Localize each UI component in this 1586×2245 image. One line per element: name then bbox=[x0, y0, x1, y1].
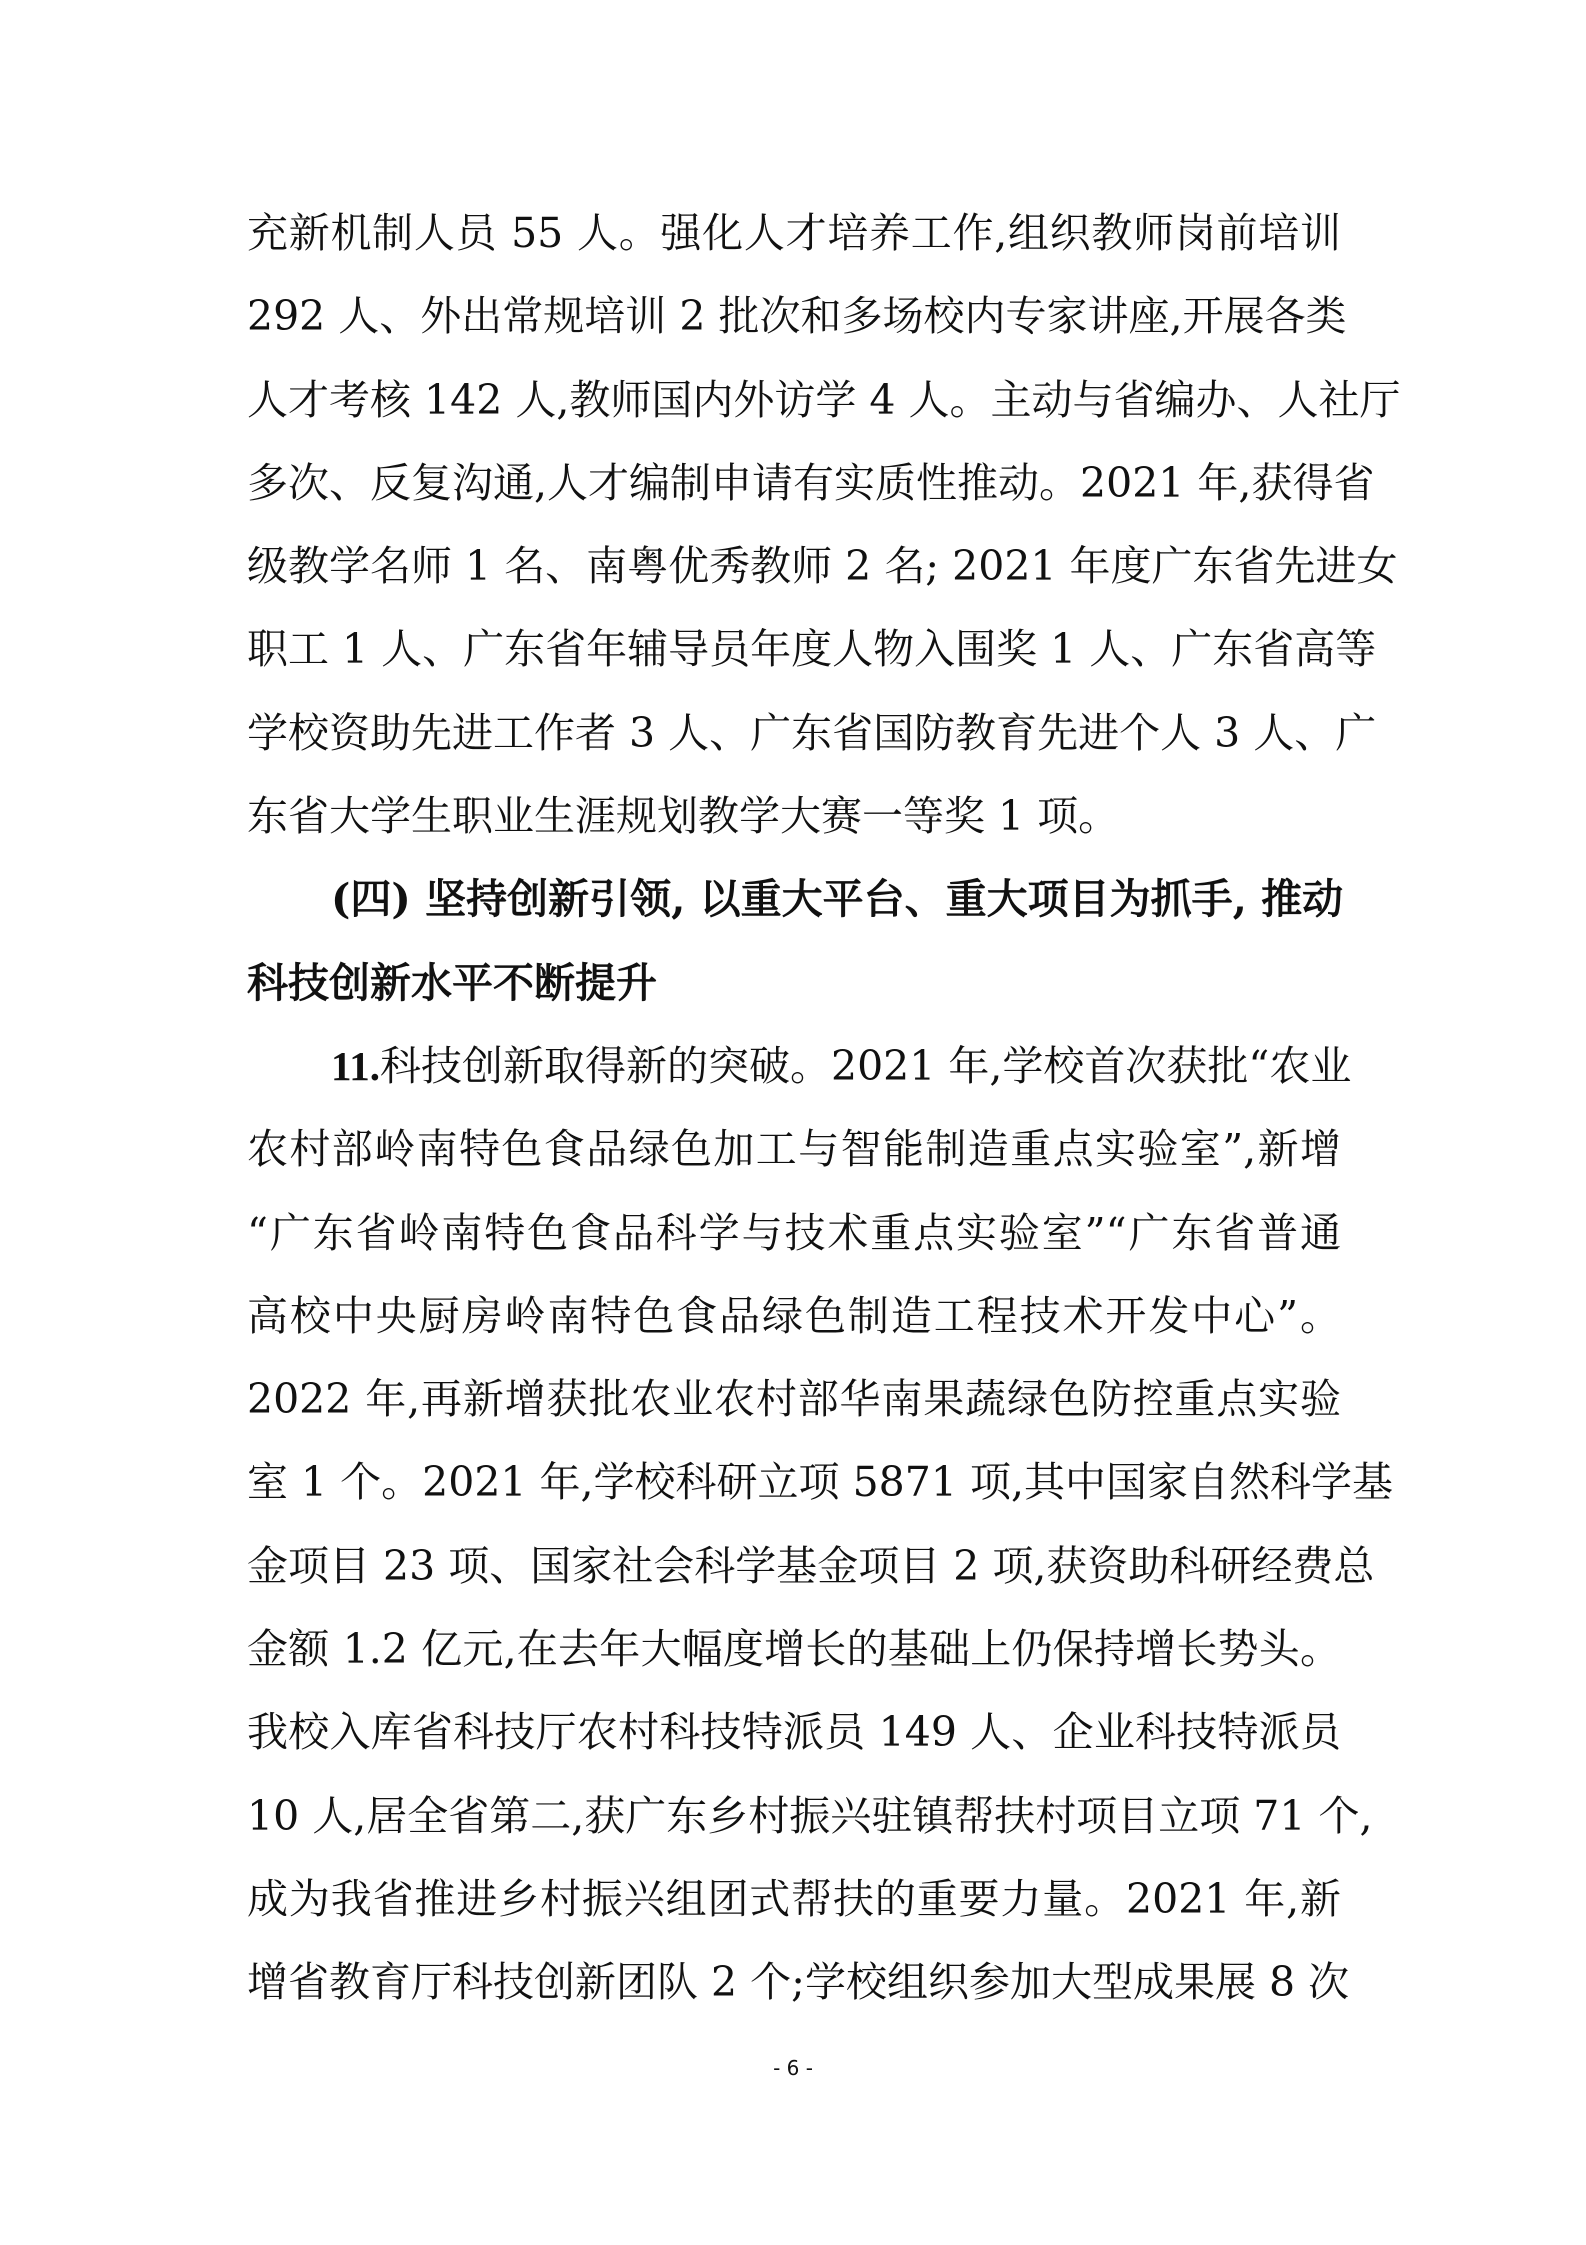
text-line: 农村部岭南特色食品绿色加工与智能制造重点实验室”,新增 bbox=[247, 1116, 1341, 1199]
text-line: 充新机制人员 55 人。强化人才培养工作,组织教师岗前培训 bbox=[247, 200, 1341, 283]
text-line: 2022 年,再新增获批农业农村部华南果蔬绿色防控重点实验 bbox=[247, 1366, 1341, 1449]
section-heading-innovation: (四) 坚持创新引领, 以重大平台、重大项目为抓手, 推动 科技创新水平不断提升 bbox=[247, 866, 1341, 1033]
text-line: 增省教育厅科技创新团队 2 个;学校组织参加大型成果展 8 次 bbox=[247, 1949, 1341, 2032]
paragraph-talent-development: 充新机制人员 55 人。强化人才培养工作,组织教师岗前培训 292 人、外出常规… bbox=[247, 200, 1341, 866]
item-number: 11. bbox=[331, 1043, 380, 1089]
text-line: 职工 1 人、广东省年辅导员年度人物入围奖 1 人、广东省高等 bbox=[247, 616, 1341, 699]
text-line: 级教学名师 1 名、南粤优秀教师 2 名; 2021 年度广东省先进女 bbox=[247, 533, 1341, 616]
document-body: 充新机制人员 55 人。强化人才培养工作,组织教师岗前培训 292 人、外出常规… bbox=[247, 200, 1341, 2033]
text-line: 金额 1.2 亿元,在去年大幅度增长的基础上仍保持增长势头。 bbox=[247, 1616, 1341, 1699]
text-line: 人才考核 142 人,教师国内外访学 4 人。主动与省编办、人社厅 bbox=[247, 367, 1341, 450]
text-line: 多次、反复沟通,人才编制申请有实质性推动。2021 年,获得省 bbox=[247, 450, 1341, 533]
item-first-line: 11.科技创新取得新的突破。2021 年,学校首次获批“农业 bbox=[247, 1033, 1341, 1116]
text-line: 292 人、外出常规培训 2 批次和多场校内专家讲座,开展各类 bbox=[247, 283, 1341, 366]
text-line: 室 1 个。2021 年,学校科研立项 5871 项,其中国家自然科学基 bbox=[247, 1449, 1341, 1532]
text-line: 我校入库省科技厅农村科技特派员 149 人、企业科技特派员 bbox=[247, 1699, 1341, 1782]
paragraph-item-11: 11.科技创新取得新的突破。2021 年,学校首次获批“农业 农村部岭南特色食品… bbox=[247, 1033, 1341, 2033]
heading-line: (四) 坚持创新引领, 以重大平台、重大项目为抓手, 推动 bbox=[247, 866, 1341, 949]
text-line: 成为我省推进乡村振兴组团式帮扶的重要力量。2021 年,新 bbox=[247, 1866, 1341, 1949]
heading-line: 科技创新水平不断提升 bbox=[247, 950, 1341, 1033]
text-line: 10 人,居全省第二,获广东乡村振兴驻镇帮扶村项目立项 71 个, bbox=[247, 1783, 1341, 1866]
document-page: 充新机制人员 55 人。强化人才培养工作,组织教师岗前培训 292 人、外出常规… bbox=[0, 0, 1586, 2245]
page-number: - 6 - bbox=[0, 2056, 1586, 2080]
item-title-text: 科技创新取得新的突破。2021 年,学校首次获批“农业 bbox=[380, 1042, 1351, 1090]
text-line: 金项目 23 项、国家社会科学基金项目 2 项,获资助科研经费总 bbox=[247, 1533, 1341, 1616]
text-line: 东省大学生职业生涯规划教学大赛一等奖 1 项。 bbox=[247, 783, 1341, 866]
text-line: “广东省岭南特色食品科学与技术重点实验室”“广东省普通 bbox=[247, 1200, 1341, 1283]
text-line: 高校中央厨房岭南特色食品绿色制造工程技术开发中心”。 bbox=[247, 1283, 1341, 1366]
text-line: 学校资助先进工作者 3 人、广东省国防教育先进个人 3 人、广 bbox=[247, 700, 1341, 783]
